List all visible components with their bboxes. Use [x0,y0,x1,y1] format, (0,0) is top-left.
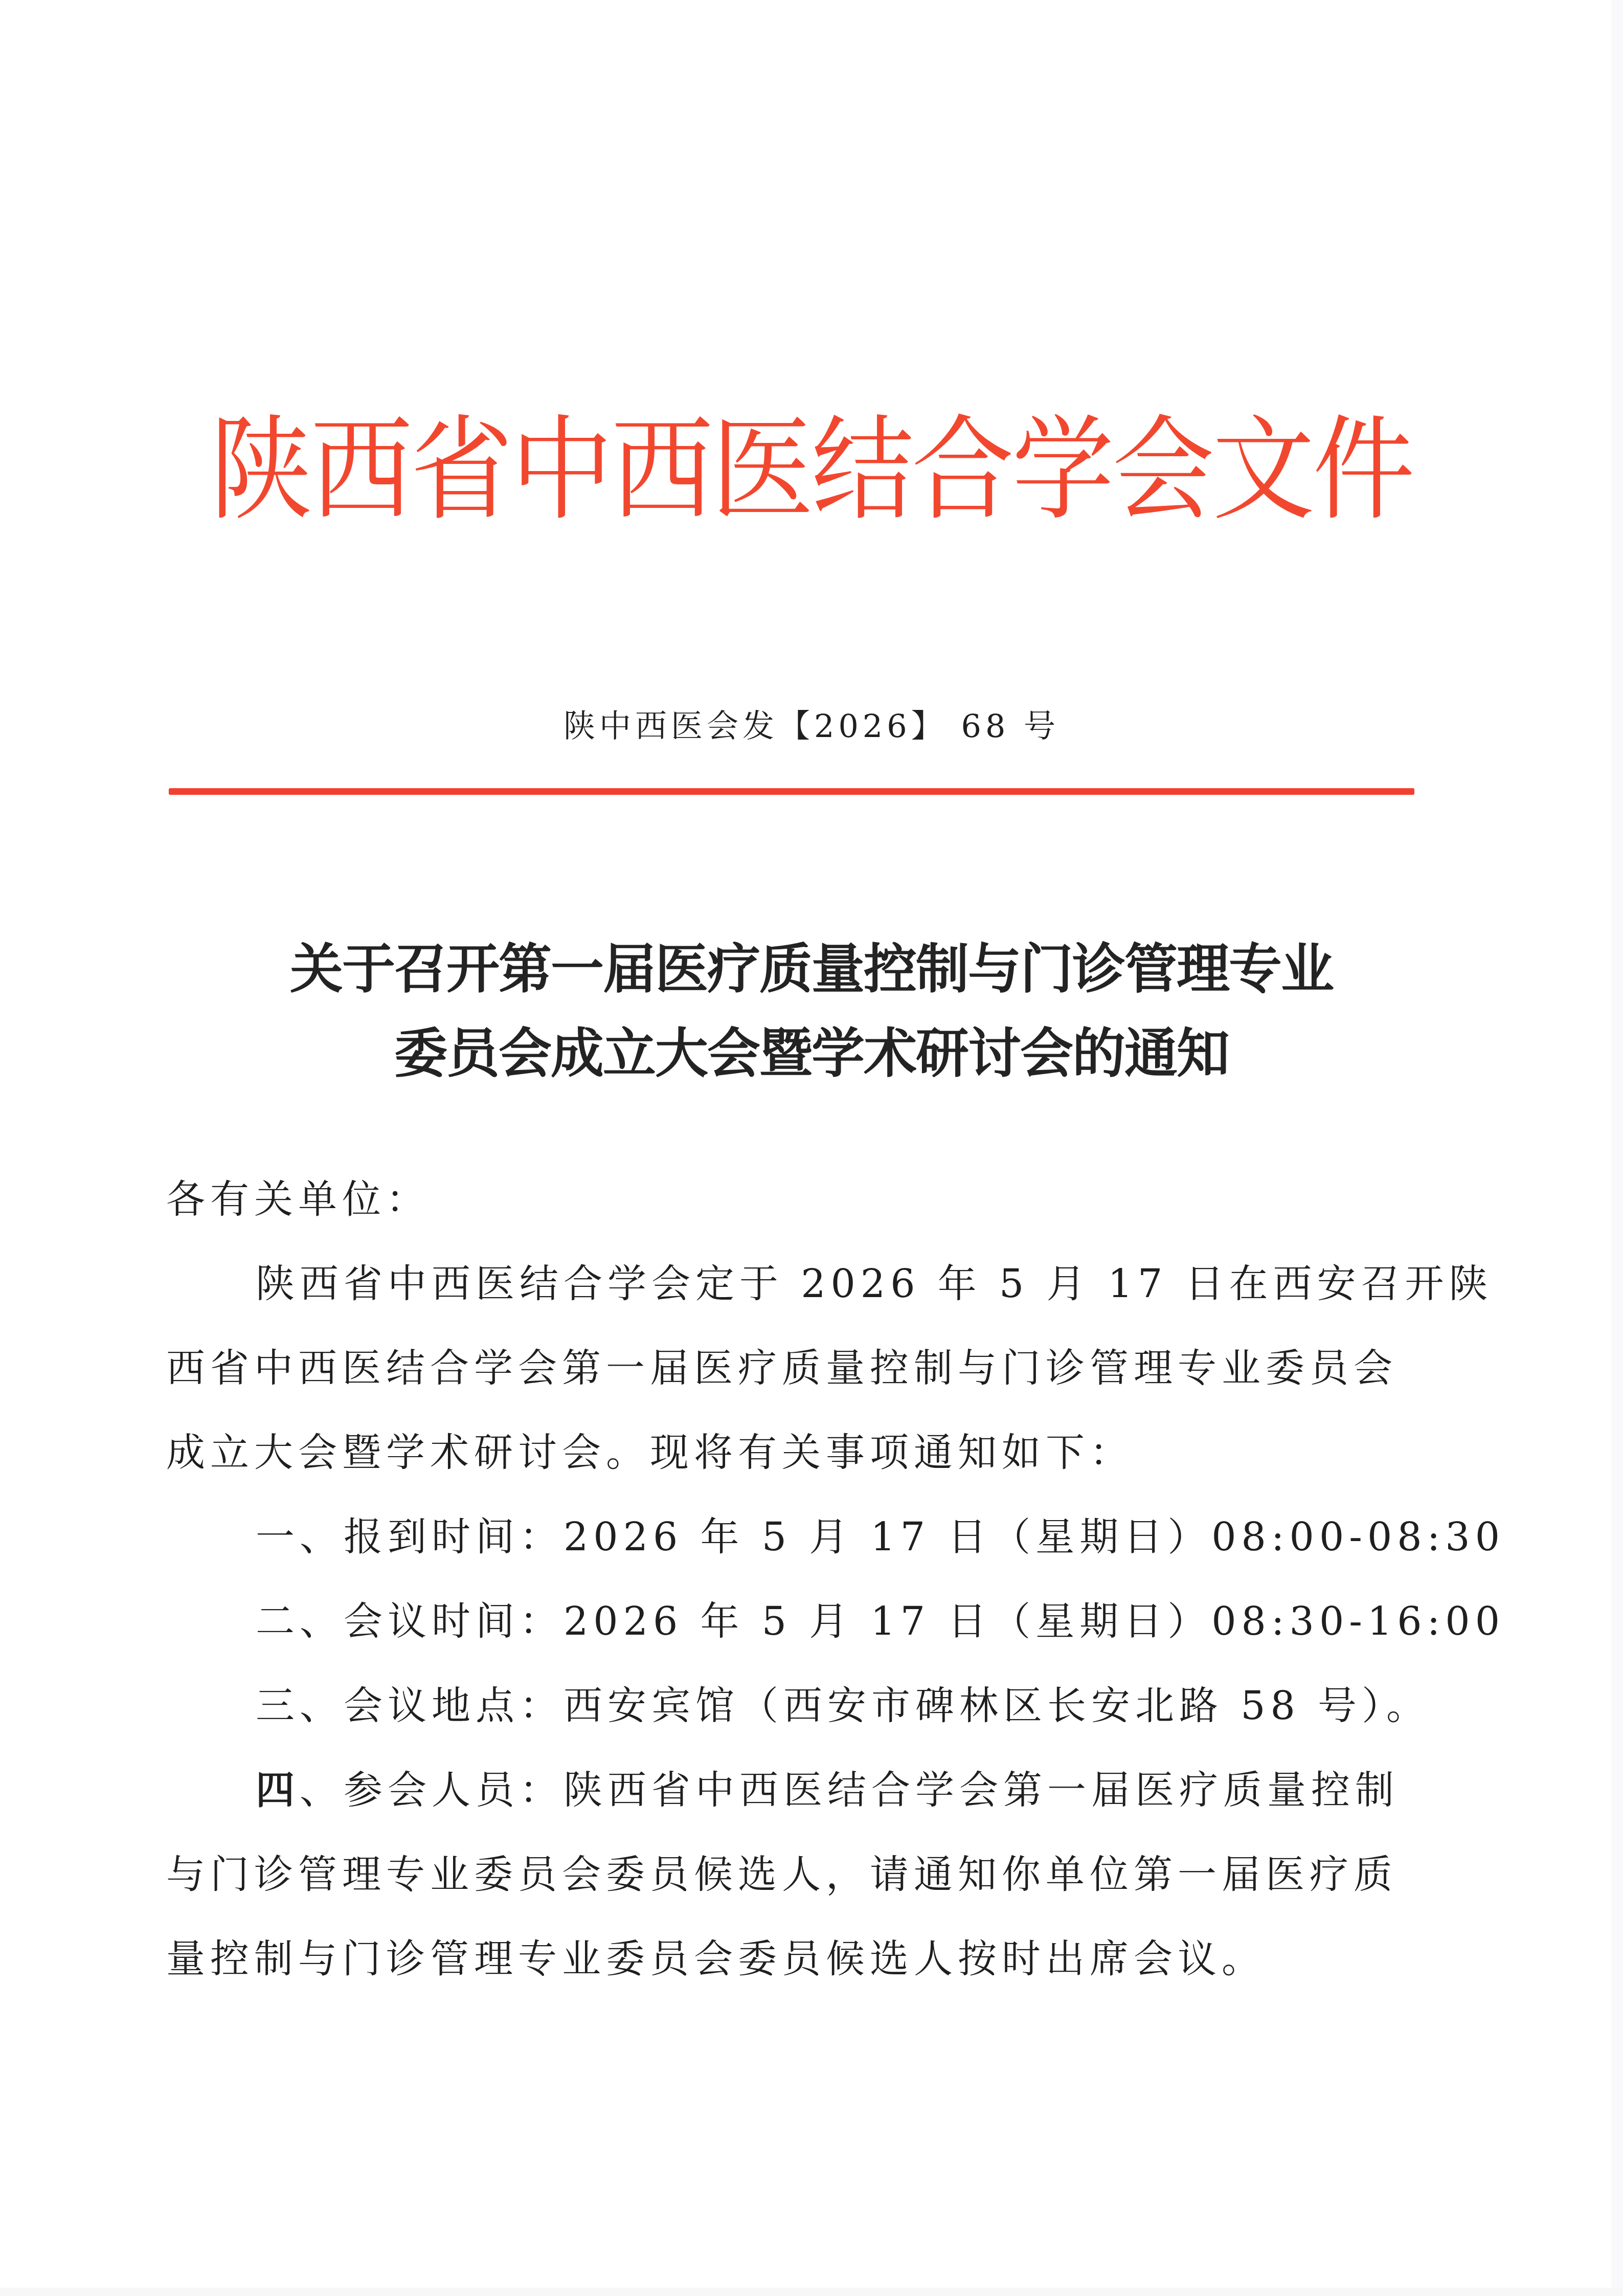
item-label-number: 四 [256,1767,300,1813]
item-attendees-line-2: 与门诊管理专业委员会委员候选人，请通知你单位第一届医疗质 [166,1846,1414,1903]
item-meeting-location: 三、会议地点：西安宾馆（西安市碑林区长安北路 58 号）。 [256,1678,1503,1734]
item-attendees-line-1: 四、参会人员：陕西省中西医结合学会第一届医疗质量控制 [256,1762,1503,1818]
item-value: 陕西省中西医结合学会第一届医疗质量控制 [563,1767,1399,1813]
red-divider-rule [169,788,1414,795]
intro-line-2: 西省中西医结合学会第一届医疗质量控制与门诊管理专业委员会 [166,1340,1414,1396]
document-page: 陕西省中西医结合学会文件 陕中西医会发【2026】 68 号 关于召开第一届医疗… [0,0,1623,2296]
item-meeting-time: 二、会议时间：2026 年 5 月 17 日（星期日）08:30-16:00 [256,1593,1503,1649]
item-attendees-line-3: 量控制与门诊管理专业委员会委员候选人按时出席会议。 [166,1931,1414,1987]
item-value: 2026 年 5 月 17 日（星期日）08:00-08:30 [563,1514,1505,1559]
item-value: 西安宾馆（西安市碑林区长安北路 58 号）。 [563,1683,1430,1728]
item-label: 二、会议时间： [256,1598,563,1644]
notice-title-line-1: 关于召开第一届医疗质量控制与门诊管理专业 [0,931,1623,1008]
scan-edge-bottom [0,2288,1623,2296]
item-registration-time: 一、报到时间：2026 年 5 月 17 日（星期日）08:00-08:30 [256,1509,1503,1565]
intro-line-3: 成立大会暨学术研讨会。现将有关事项通知如下： [166,1424,1414,1481]
item-label: 三、会议地点： [256,1683,563,1728]
item-label: 、参会人员： [300,1767,563,1813]
masthead-title: 陕西省中西医结合学会文件 [0,397,1623,544]
document-number: 陕中西医会发【2026】 68 号 [0,703,1623,749]
intro-line-1: 陕西省中西医结合学会定于 2026 年 5 月 17 日在西安召开陕 [256,1256,1503,1312]
scan-edge-right [1612,0,1623,2296]
notice-title-line-2: 委员会成立大会暨学术研讨会的通知 [0,1015,1623,1092]
salutation: 各有关单位： [166,1171,1414,1228]
item-label: 一、报到时间： [256,1514,563,1559]
item-value: 2026 年 5 月 17 日（星期日）08:30-16:00 [563,1598,1505,1644]
